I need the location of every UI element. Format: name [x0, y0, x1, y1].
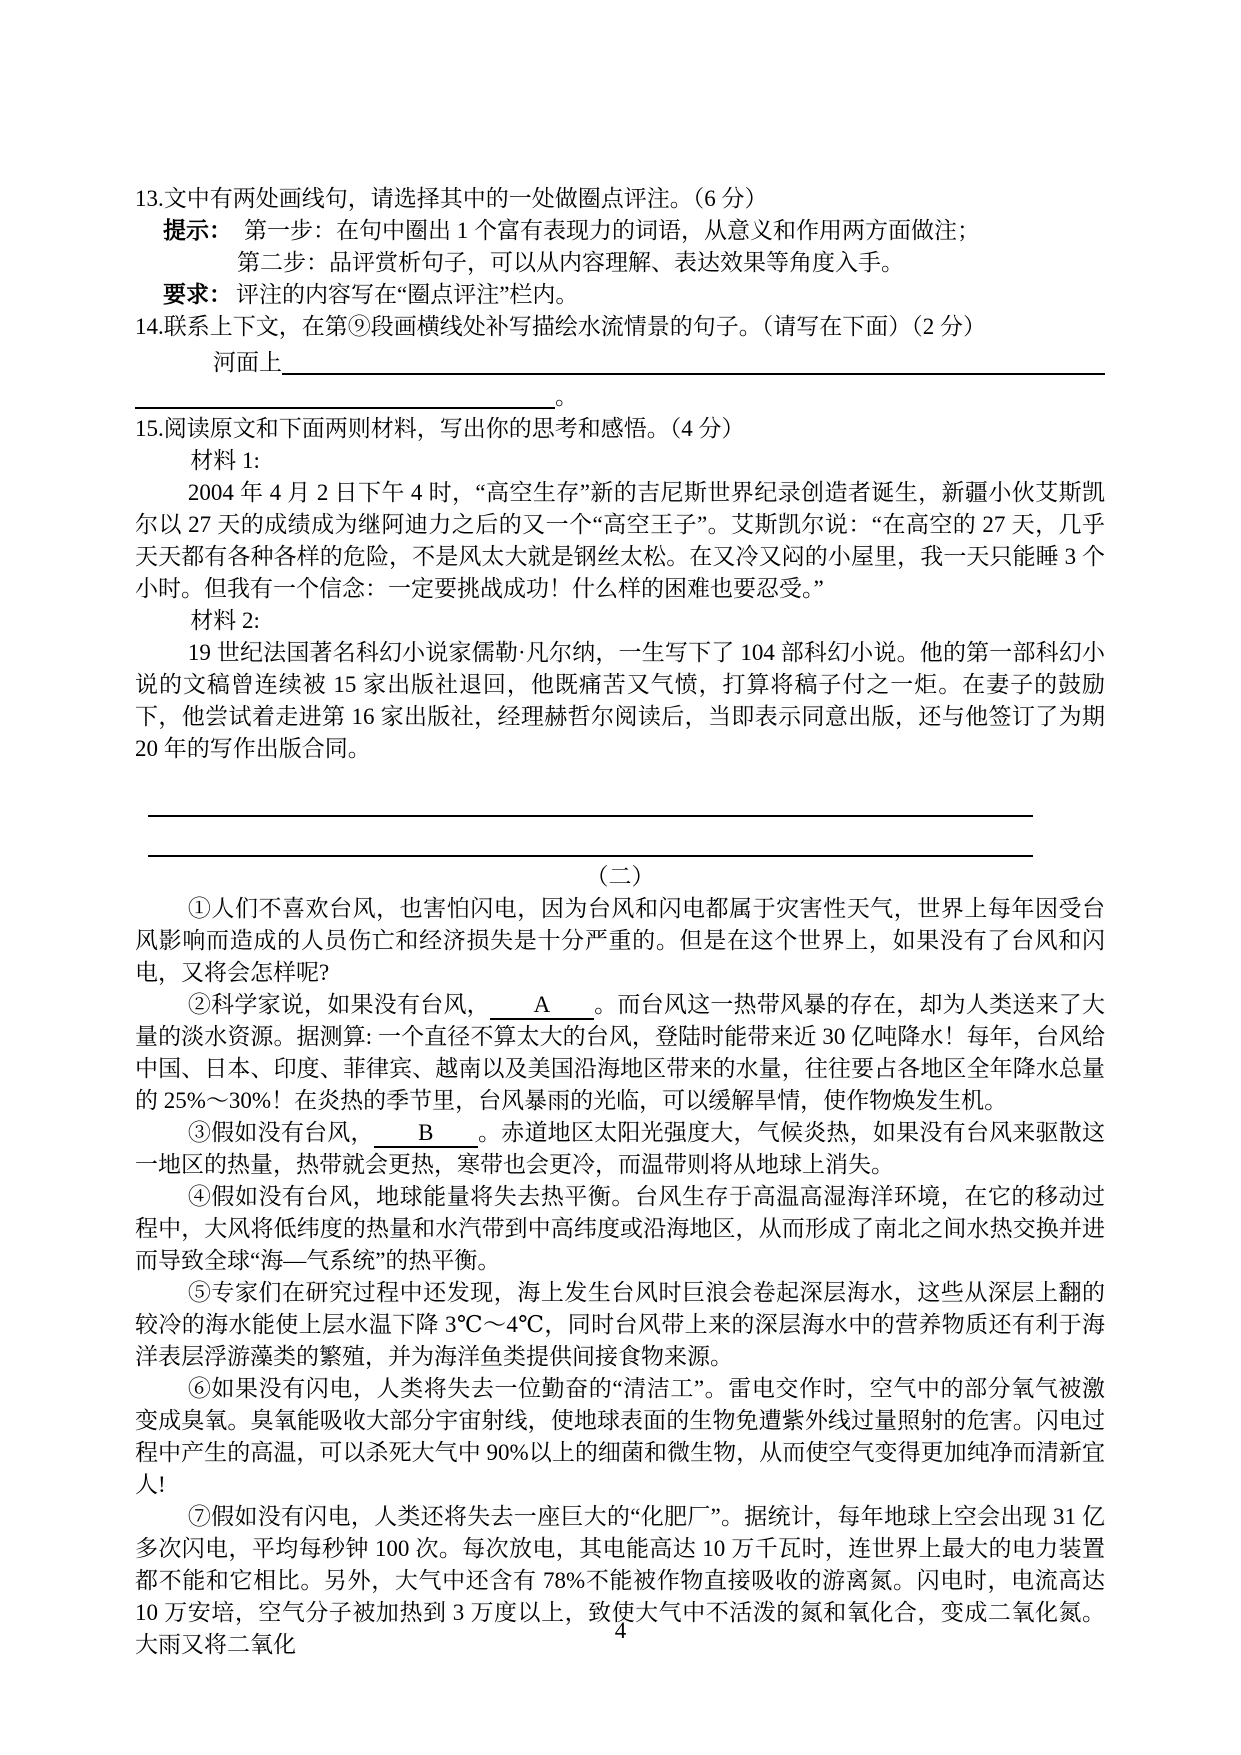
material-2-label: 材料 2:	[135, 605, 1105, 637]
q14-answer-prefix: 河面上	[213, 347, 282, 379]
q13-hint-row: 提示：第一步：在句中圈出 1 个富有表现力的词语，从意义和作用两方面做注；	[135, 215, 1105, 247]
q14-stem: 14.联系上下文，在第⑨段画横线处补写描绘水流情景的句子。（请写在下面）（2 分…	[135, 311, 1105, 343]
q13-requirement-row: 要求：评注的内容写在“圈点评注”栏内。	[135, 279, 1105, 311]
paragraph-4: ④假如没有台风，地球能量将失去热平衡。台风生存于高温高湿海洋环境，在它的移动过程…	[135, 1181, 1105, 1277]
q15-answer-blank-line-2	[148, 817, 1033, 857]
page-content: 13.文中有两处画线句，请选择其中的一处做圈点评注。（6 分） 提示：第一步：在…	[135, 183, 1105, 1661]
q14-answer-row-1: 河面上	[135, 343, 1105, 379]
paragraph-6: ⑥如果没有闪电，人类将失去一位勤奋的“清洁工”。雷电交作时，空气中的部分氧气被激…	[135, 1373, 1105, 1501]
paragraph-5: ⑤专家们在研究过程中还发现，海上发生台风时巨浪会卷起深层海水，这些从深层上翻的较…	[135, 1277, 1105, 1373]
q13-requirement-label: 要求：	[163, 282, 232, 307]
q15-stem: 15.阅读原文和下面两则材料，写出你的思考和感悟。（4 分）	[135, 413, 1105, 445]
paragraph-3: ③假如没有台风，B。赤道地区太阳光强度大，气候炎热，如果没有台风来驱散这一地区的…	[135, 1117, 1105, 1181]
q14-answer-period: 。	[555, 381, 578, 413]
q13-hint-label: 提示：	[163, 218, 232, 243]
q13-hint-step2: 第二步：品评赏析句子，可以从内容理解、表达效果等角度入手。	[135, 247, 1105, 279]
paragraph-2-pre: ②科学家说，如果没有台风，	[188, 992, 490, 1017]
q15-answer-blank-line-1	[148, 777, 1033, 817]
paragraph-2: ②科学家说，如果没有台风，A。而台风这一热带风暴的存在，却为人类送来了大量的淡水…	[135, 989, 1105, 1117]
blank-b: B	[374, 1120, 478, 1148]
material-1-label: 材料 1:	[135, 445, 1105, 477]
section-2-heading: （二）	[135, 861, 1105, 893]
q14-answer-line-2	[135, 407, 555, 409]
material-2-text: 19 世纪法国著名科幻小说家儒勒·凡尔纳，一生写下了 104 部科幻小说。他的第…	[135, 637, 1105, 765]
q13-requirement-text: 评注的内容写在“圈点评注”栏内。	[236, 282, 578, 307]
page-number: 4	[0, 1618, 1241, 1644]
q13-stem: 13.文中有两处画线句，请选择其中的一处做圈点评注。（6 分）	[135, 183, 1105, 215]
exam-paper-page: 13.文中有两处画线句，请选择其中的一处做圈点评注。（6 分） 提示：第一步：在…	[0, 0, 1241, 1755]
blank-a: A	[490, 992, 594, 1020]
paragraph-1: ①人们不喜欢台风，也害怕闪电，因为台风和闪电都属于灾害性天气，世界上每年因受台风…	[135, 893, 1105, 989]
paragraph-3-pre: ③假如没有台风，	[188, 1120, 374, 1145]
material-1-text: 2004 年 4 月 2 日下午 4 时，“高空生存”新的吉尼斯世界纪录创造者诞…	[135, 477, 1105, 605]
q13-hint-step1: 第一步：在句中圈出 1 个富有表现力的词语，从意义和作用两方面做注；	[244, 218, 980, 243]
q14-answer-row-2: 。	[135, 379, 1105, 413]
q14-answer-line-1	[282, 373, 1105, 375]
